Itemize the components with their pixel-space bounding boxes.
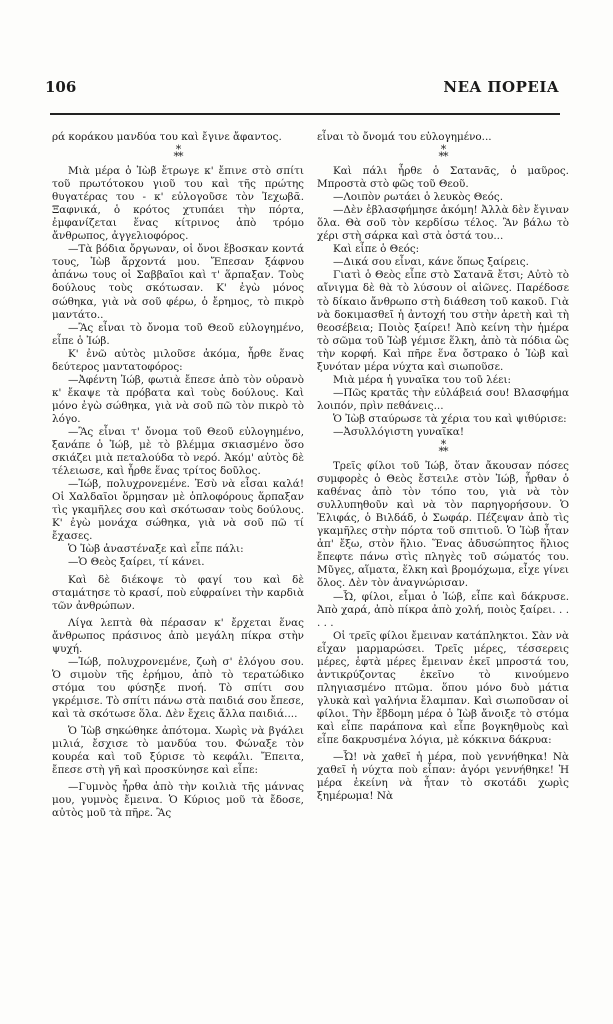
paragraph: Γιατὶ ὁ Θεὸς εἶπε στὸ Σατανᾶ ἔτσι; Αὐτὸ … [317, 269, 569, 373]
paragraph: —Ὁ Θεὸς ξαίρει, τί κάνει. [52, 556, 304, 569]
paragraph: —Δὲν ἐβλασφήμησε ἀκόμη! Ἀλλὰ δὲν ἔγιναν … [317, 204, 569, 243]
paragraph: Οἱ τρεῖς φίλοι ἔμειναν κατάπληκτοι. Σὰν … [317, 630, 569, 747]
paragraph: Καὶ πάλι ἦρθε ὁ Σατανᾶς, ὁ μαῦρος. Μπροσ… [317, 165, 569, 191]
page-number: 106 [45, 78, 76, 96]
right-column: εἶναι τὸ ὄνομά του εὐλογημένο...***Καὶ π… [317, 131, 569, 803]
paragraph: Ὁ Ἰὼβ σταύρωσε τὰ χέρια του καὶ ψιθύρισε… [317, 413, 569, 426]
paragraph: Μιὰ μέρα ἡ γυναῖκα του τοῦ λέει: [317, 374, 569, 387]
paragraph: —Ἂς εἶναι τὸ ὄνομα τοῦ Θεοῦ εὐλογημένο, … [52, 322, 304, 348]
paragraph: —Ὦ! νὰ χαθεῖ ἡ μέρα, ποὺ γεννήθηκα! Νὰ χ… [317, 751, 569, 803]
paragraph: Μιὰ μέρα ὁ Ἰὼβ ἔτρωγε κ' ἔπινε στὸ σπίτι… [52, 165, 304, 243]
paragraph: Λίγα λεπτὰ θὰ πέρασαν κ' ἔρχεται ἕνας ἄν… [52, 617, 304, 656]
asterism-ornament-icon: *** [317, 442, 569, 456]
page-header: 106 ΝΕΑ ΠΟΡΕΙΑ [45, 78, 559, 100]
header-rule [50, 113, 560, 115]
paragraph: Κ' ἐνῶ αὐτὸς μιλοῦσε ἀκόμα, ἦρθε ἕνας δε… [52, 348, 304, 374]
paragraph: —Δικά σου εἶναι, κάνε ὅπως ξαίρεις. [317, 256, 569, 269]
paragraph: —Ἰώβ, πολυχρονεμένε, ζωὴ σ' ἐλόγου σου. … [52, 656, 304, 721]
paragraph: —Γυμνὸς ἦρθα ἀπὸ τὴν κοιλιὰ τῆς μάννας μ… [52, 781, 304, 820]
journal-title: ΝΕΑ ΠΟΡΕΙΑ [443, 78, 559, 96]
asterism-ornament-icon: *** [317, 147, 569, 161]
paragraph: Καὶ εἶπε ὁ Θεός: [317, 243, 569, 256]
paragraph: —Ἂς εἶναι τ' ὄνομα τοῦ Θεοῦ εὐλογημένο, … [52, 426, 304, 478]
paragraph: Τρεῖς φίλοι τοῦ Ἰώβ, ὅταν ἄκουσαν πόσες … [317, 460, 569, 590]
paragraph: —Ἰώβ, πολυχρονεμένε. Ἐσὺ νὰ εἶσαι καλά! … [52, 478, 304, 543]
paragraph: —Πῶς κρατᾶς τὴν εὐλάβειά σου! Βλασφήμα λ… [317, 387, 569, 413]
left-column: ρά κοράκου μανδύα του καὶ ἔγινε ἄφαντος.… [52, 131, 304, 820]
paragraph: Ὁ Ἰὼβ σηκώθηκε ἀπότομα. Χωρὶς νὰ βγάλει … [52, 725, 304, 777]
paragraph: Καὶ δὲ διέκοψε τὸ φαγί του καὶ δὲ σταμάτ… [52, 574, 304, 613]
paragraph: —Λοιπὸν ρωτάει ὁ λευκὸς Θεός. [317, 191, 569, 204]
asterism-ornament-icon: *** [52, 147, 304, 161]
paragraph: —Ἀφέντη Ἰώβ, φωτιὰ ἔπεσε ἀπὸ τὸν οὐρανὸ … [52, 374, 304, 426]
paragraph: —Τὰ βόδια ὄργωναν, οἱ ὄνοι ἔβοσκαν κοντά… [52, 243, 304, 321]
paragraph: Ὁ Ἰὼβ ἀναστέναξε καὶ εἶπε πάλι: [52, 543, 304, 556]
paragraph: —Ὦ, φίλοι, εἶμαι ὁ Ἰώβ, εἶπε καὶ δάκρυσε… [317, 591, 569, 630]
